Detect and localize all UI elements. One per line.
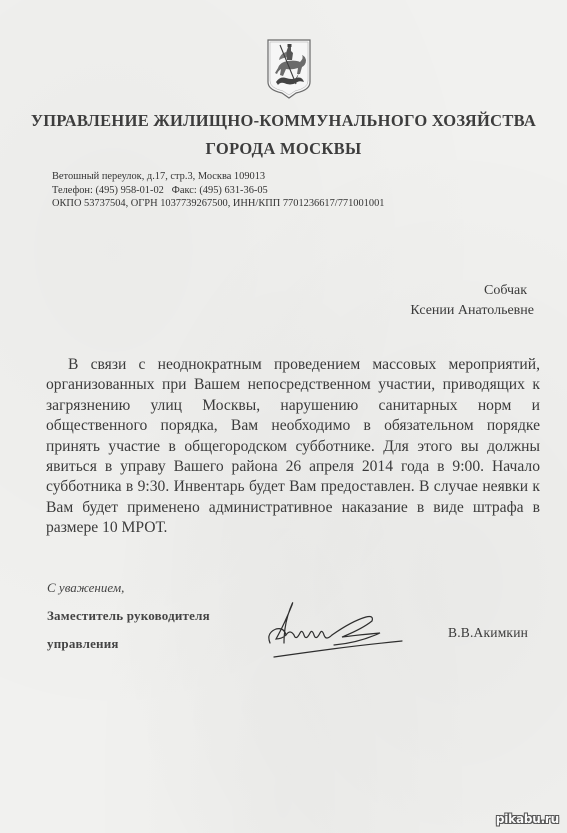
signer-name: В.В.Акимкин (448, 625, 528, 641)
phone-fax: Телефон: (495) 958-01-02 Факс: (495) 631… (52, 184, 384, 198)
body-paragraph: В связи с неоднократным проведением масс… (46, 355, 540, 539)
watermark: pikabu.ru (496, 812, 559, 826)
letterhead-contacts: Ветошный переулок, д.17, стр.3, Москва 1… (52, 170, 384, 211)
signer-position-line2: управления (47, 636, 210, 664)
letter-body: В связи с неоднократным проведением масс… (46, 355, 540, 539)
recipient-block: Собчак Ксении Анатольевне (410, 281, 534, 321)
address: Ветошный переулок, д.17, стр.3, Москва 1… (52, 170, 384, 184)
moscow-coat-of-arms-icon (266, 38, 312, 100)
closing-block: С уважением, Заместитель руководителя уп… (47, 580, 210, 664)
org-title-line2: ГОРОДА МОСКВЫ (0, 139, 567, 159)
recipient-surname: Собчак (410, 281, 534, 301)
registry-codes: ОКПО 53737504, ОГРН 1037739267500, ИНН/К… (52, 197, 384, 211)
closing-greeting: С уважением, (47, 580, 210, 608)
signer-position-line1: Заместитель руководителя (47, 608, 210, 636)
org-title-line1: УПРАВЛЕНИЕ ЖИЛИЩНО-КОММУНАЛЬНОГО ХОЗЯЙСТ… (0, 111, 567, 131)
handwritten-signature-icon (262, 595, 412, 670)
recipient-name: Ксении Анатольевне (410, 301, 534, 321)
